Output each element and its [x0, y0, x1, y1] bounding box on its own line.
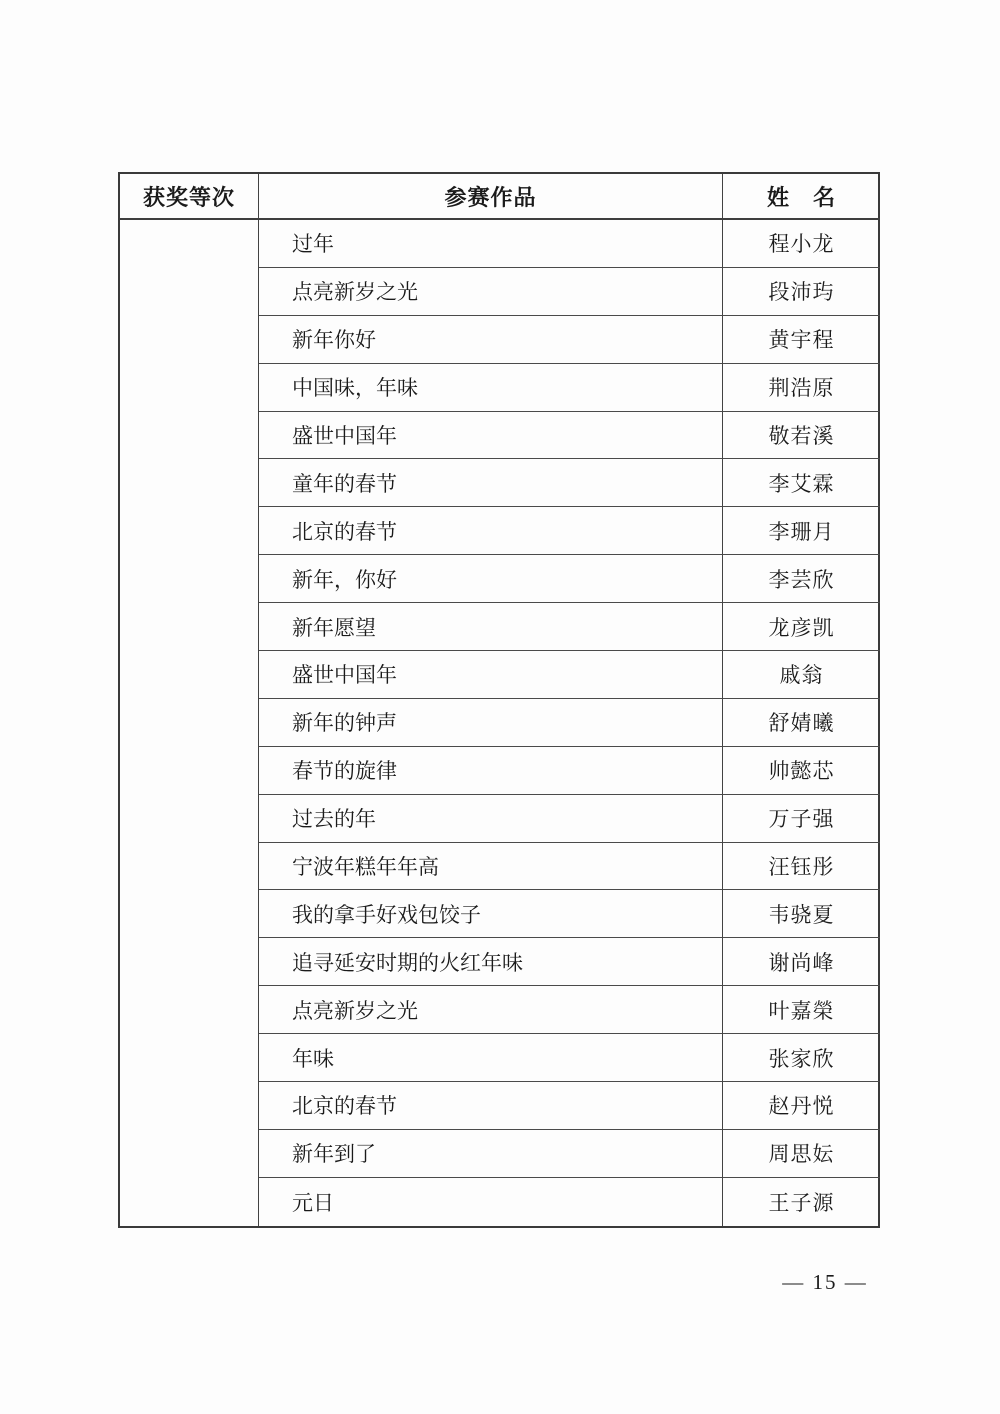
entry-work-cell: 年味 [259, 1034, 723, 1082]
entry-work-cell: 北京的春节 [259, 507, 723, 555]
entry-work-cell: 宁波年糕年年高 [259, 843, 723, 891]
entrant-name-cell: 李芸欣 [723, 555, 880, 603]
entry-work-cell: 春节的旋律 [259, 747, 723, 795]
entrant-name-cell: 汪钰彤 [723, 843, 880, 891]
entry-work-cell: 盛世中国年 [259, 412, 723, 460]
entry-work-cell: 点亮新岁之光 [259, 268, 723, 316]
entry-work-cell: 我的拿手好戏包饺子 [259, 890, 723, 938]
entrant-name-cell: 黄宇程 [723, 316, 880, 364]
entrant-name-cell: 帅懿芯 [723, 747, 880, 795]
entry-work-cell: 新年的钟声 [259, 699, 723, 747]
entry-work-cell: 新年到了 [259, 1130, 723, 1178]
entrant-name-cell: 李珊月 [723, 507, 880, 555]
entry-work-cell: 童年的春节 [259, 459, 723, 507]
entry-work-cell: 点亮新岁之光 [259, 986, 723, 1034]
header-entry-work: 参赛作品 [259, 174, 723, 220]
entrant-name-cell: 张家欣 [723, 1034, 880, 1082]
header-award-level: 获奖等次 [120, 174, 259, 220]
entrant-name-cell: 段沛玙 [723, 268, 880, 316]
entry-work-cell: 北京的春节 [259, 1082, 723, 1130]
entrant-name-cell: 戚翁 [723, 651, 880, 699]
header-name: 姓 名 [723, 174, 880, 220]
entrant-name-cell: 叶嘉榮 [723, 986, 880, 1034]
entry-work-cell: 中国味，年味 [259, 364, 723, 412]
entrant-name-cell: 程小龙 [723, 220, 880, 268]
entrant-name-cell: 敬若溪 [723, 412, 880, 460]
entry-work-cell: 盛世中国年 [259, 651, 723, 699]
scanned-page: 获奖等次 参赛作品 姓 名 过年 程小龙 点亮新岁之光 段沛玙 新年你好 黄宇程… [0, 0, 1000, 1414]
entry-work-cell: 过年 [259, 220, 723, 268]
page-number: — 15 — [770, 1270, 880, 1295]
entry-work-cell: 新年你好 [259, 316, 723, 364]
entrant-name-cell: 龙彦凯 [723, 603, 880, 651]
entrant-name-cell: 赵丹悦 [723, 1082, 880, 1130]
entrant-name-cell: 万子强 [723, 795, 880, 843]
award-level-cell [120, 220, 259, 1226]
entrant-name-cell: 舒婧曦 [723, 699, 880, 747]
entry-work-cell: 元日 [259, 1178, 723, 1226]
award-table: 获奖等次 参赛作品 姓 名 过年 程小龙 点亮新岁之光 段沛玙 新年你好 黄宇程… [118, 172, 880, 1228]
entry-work-cell: 新年，你好 [259, 555, 723, 603]
entrant-name-cell: 王子源 [723, 1178, 880, 1226]
entrant-name-cell: 李艾霖 [723, 459, 880, 507]
entrant-name-cell: 谢尚峰 [723, 938, 880, 986]
entrant-name-cell: 周思妘 [723, 1130, 880, 1178]
entry-work-cell: 新年愿望 [259, 603, 723, 651]
entrant-name-cell: 荆浩原 [723, 364, 880, 412]
entry-work-cell: 过去的年 [259, 795, 723, 843]
entrant-name-cell: 韦骁夏 [723, 890, 880, 938]
entry-work-cell: 追寻延安时期的火红年味 [259, 938, 723, 986]
